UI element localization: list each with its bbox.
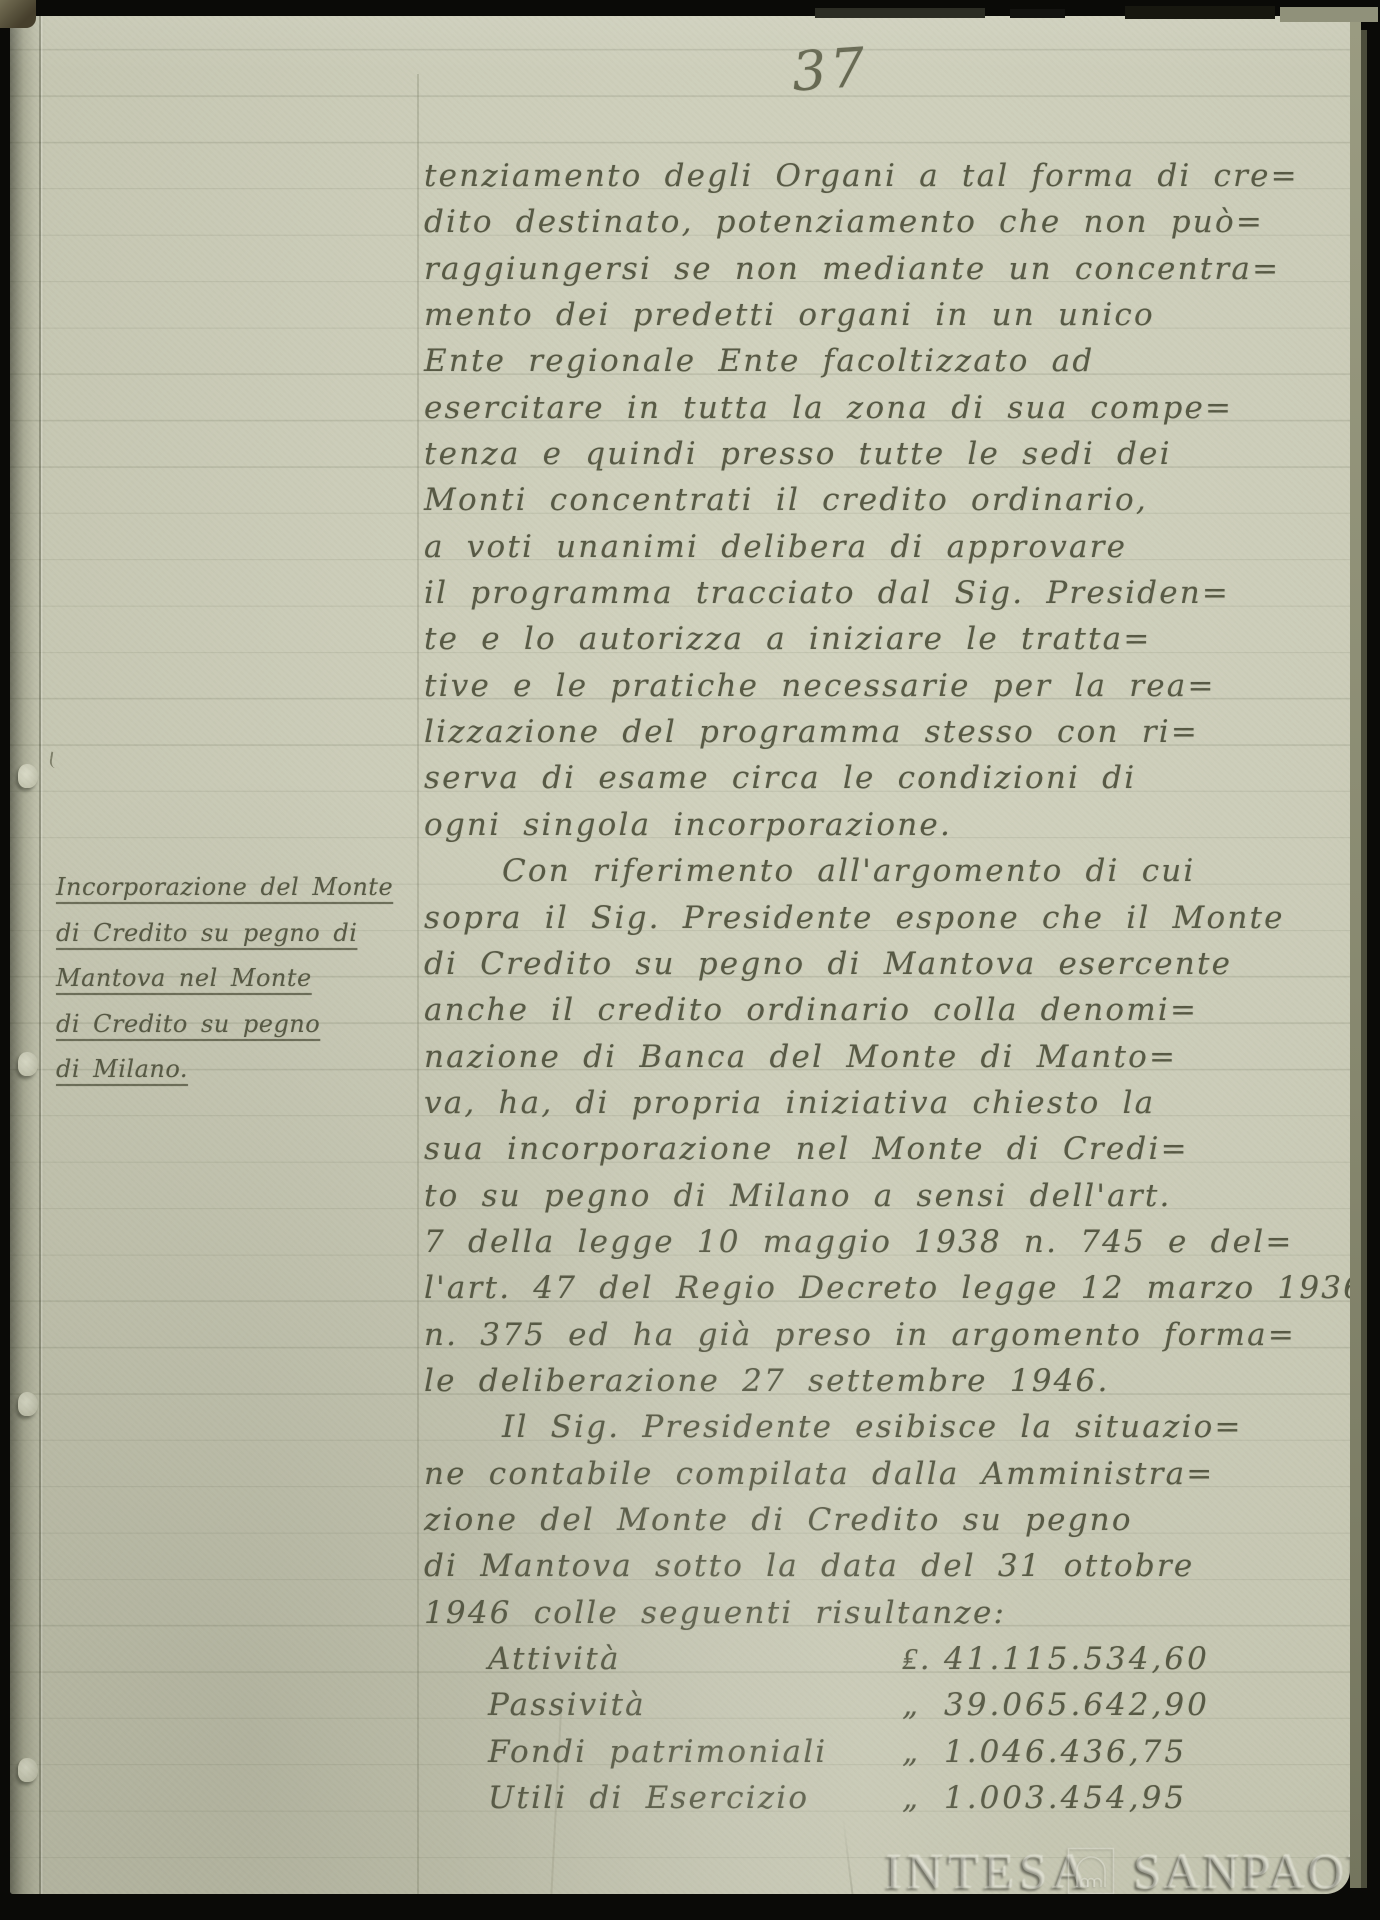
handwritten-line: serva di esame circa le condizioni di — [424, 755, 1350, 801]
ledger-page-scan: { "page": { "number": "37" }, "margin_no… — [0, 0, 1380, 1920]
figure-label: Attività — [488, 1641, 621, 1677]
ditto-mark: „ — [902, 1729, 920, 1775]
margin-note-line: Mantova nel Monte — [56, 956, 386, 1002]
handwritten-line: raggiungersi se non mediante un concentr… — [424, 246, 1350, 292]
handwritten-line: 7 della legge 10 maggio 1938 n. 745 e de… — [424, 1219, 1350, 1265]
handwritten-line: zione del Monte di Credito su pegno — [424, 1497, 1350, 1543]
handwritten-line: ogni singola incorporazione. — [424, 802, 1350, 848]
handwritten-line: l'art. 47 del Regio Decreto legge 12 mar… — [424, 1265, 1350, 1311]
handwritten-line: il programma tracciato dal Sig. Presiden… — [424, 570, 1350, 616]
handwritten-line: Il Sig. Presidente esibisce la situazio= — [424, 1404, 1350, 1450]
sewing-nub — [18, 1392, 38, 1416]
top-page-edge-notch — [1010, 9, 1065, 18]
aqueduct-arches-icon — [1067, 1847, 1115, 1894]
binding-corner — [0, 0, 36, 28]
handwritten-line: tenza e quindi presso tutte le sedi dei — [424, 431, 1350, 477]
stray-pen-mark — [49, 751, 59, 768]
handwritten-line: sua incorporazione nel Monte di Credi= — [424, 1126, 1350, 1172]
handwritten-line: nazione di Banca del Monte di Manto= — [424, 1034, 1350, 1080]
handwritten-line: di Mantova sotto la data del 31 ottobre — [424, 1543, 1350, 1589]
figure-label: Utili di Esercizio — [488, 1780, 809, 1816]
handwritten-line: tive e le pratiche necessarie per la rea… — [424, 663, 1350, 709]
margin-rule — [417, 74, 419, 1894]
paper-crease — [842, 1816, 856, 1894]
handwritten-line: sopra il Sig. Presidente espone che il M… — [424, 895, 1350, 941]
binding-crease — [39, 16, 41, 1894]
handwritten-line: to su pegno di Milano a sensi dell'art. — [424, 1173, 1350, 1219]
notebook-page: 37 Incorporazione del Monte di Credito s… — [10, 16, 1350, 1894]
margin-note-line: di Credito su pegno di — [56, 911, 386, 957]
handwritten-line: Ente regionale Ente facoltizzato ad — [424, 338, 1350, 384]
top-page-edge-light — [1280, 7, 1378, 22]
sewing-nub — [18, 764, 38, 788]
watermark-text-sanpaolo: SANPAOLO — [1133, 1846, 1350, 1894]
figure-row: Attività ₤. 41.115.534,60 — [424, 1636, 1350, 1682]
figure-amount: 39.065.642,90 — [944, 1682, 1184, 1728]
underlying-page-edge — [1350, 22, 1361, 1888]
handwritten-line: lizzazione del programma stesso con ri= — [424, 709, 1350, 755]
handwritten-line: di Credito su pegno di Mantova esercente — [424, 941, 1350, 987]
underlying-page-edge-dark — [1361, 30, 1367, 1888]
figure-label: Fondi patrimoniali — [488, 1734, 827, 1770]
handwritten-line: Con riferimento all'argomento di cui — [424, 848, 1350, 894]
top-page-edge-notch — [1125, 6, 1275, 19]
handwritten-line: n. 375 ed ha già preso in argomento form… — [424, 1312, 1350, 1358]
figure-amount: 1.003.454,95 — [944, 1775, 1184, 1821]
handwritten-line: te e lo autorizza a iniziare le tratta= — [424, 616, 1350, 662]
figure-amount: 1.046.436,75 — [944, 1729, 1184, 1775]
figure-row: Fondi patrimoniali „ 1.046.436,75 — [424, 1729, 1350, 1775]
margin-note-line: di Credito su pegno — [56, 1002, 386, 1048]
margin-note: Incorporazione del Monte di Credito su p… — [56, 865, 386, 1093]
handwritten-line: 1946 colle seguenti risultanze: — [424, 1590, 1350, 1636]
figures-table: Attività ₤. 41.115.534,60 Passività „ 39… — [424, 1636, 1350, 1821]
handwritten-line: ne contabile compilata dalla Amministra= — [424, 1451, 1350, 1497]
top-page-edge-tab — [815, 8, 985, 18]
ditto-mark: „ — [902, 1775, 920, 1821]
handwritten-line: a voti unanimi delibera di approvare — [424, 524, 1350, 570]
ditto-mark: „ — [902, 1682, 920, 1728]
handwritten-line: va, ha, di propria iniziativa chiesto la — [424, 1080, 1350, 1126]
handwritten-line: mento dei predetti organi in un unico — [424, 292, 1350, 338]
figure-row: Passività „ 39.065.642,90 — [424, 1682, 1350, 1728]
figure-row: Utili di Esercizio „ 1.003.454,95 — [424, 1775, 1350, 1821]
handwritten-line: dito destinato, potenziamento che non pu… — [424, 199, 1350, 245]
handwritten-line: Monti concentrati il credito ordinario, — [424, 477, 1350, 523]
handwritten-line: anche il credito ordinario colla denomi= — [424, 987, 1350, 1033]
watermark-text-intesa: INTESA — [885, 1846, 1093, 1894]
sewing-nub — [18, 1758, 38, 1782]
currency-symbol: ₤. — [902, 1636, 932, 1682]
margin-note-line: Incorporazione del Monte — [56, 865, 386, 911]
figure-amount: 41.115.534,60 — [944, 1636, 1184, 1682]
figure-label: Passività — [488, 1687, 646, 1723]
handwritten-line: esercitare in tutta la zona di sua compe… — [424, 385, 1350, 431]
sewing-nub — [18, 1052, 38, 1076]
handwritten-line: tenziamento degli Organi a tal forma di … — [424, 153, 1350, 199]
handwritten-line: le deliberazione 27 settembre 1946. — [424, 1358, 1350, 1404]
main-text: tenziamento degli Organi a tal forma di … — [424, 153, 1350, 1821]
margin-note-line: di Milano. — [56, 1047, 386, 1093]
page-number: 37 — [790, 35, 871, 103]
